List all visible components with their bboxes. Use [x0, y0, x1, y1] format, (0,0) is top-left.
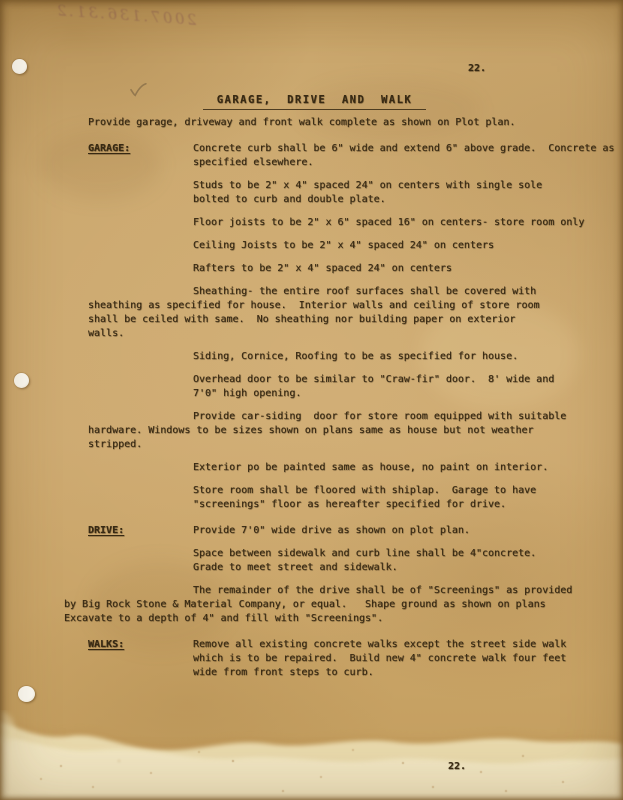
text-line: hardware. Windows to be sizes shown on p… — [88, 424, 617, 438]
scanned-spec-page: { "annotation": { "text": "2007.136.31.2… — [0, 0, 623, 800]
page-title: GARAGE, DRIVE AND WALK — [203, 93, 427, 110]
paragraph: Overhead door to be similar to "Craw-fir… — [64, 373, 617, 401]
page-number-top: 22. — [468, 62, 486, 76]
text-line: Ceiling Joists to be 2" x 4" spaced 24" … — [193, 239, 617, 253]
paragraph: The remainder of the drive shall be of "… — [64, 584, 617, 626]
paragraph: Remove all existing concrete walks excep… — [64, 638, 617, 680]
text-line: The remainder of the drive shall be of "… — [193, 584, 617, 598]
paragraph: Ceiling Joists to be 2" x 4" spaced 24" … — [64, 239, 617, 253]
text-line: wide from front steps to curb. — [193, 666, 617, 680]
section-label: GARAGE: — [88, 142, 130, 156]
spec-section: DRIVE:Provide 7'0" wide drive as shown o… — [64, 524, 617, 626]
paragraph: Concrete curb shall be 6" wide and exten… — [64, 142, 617, 170]
spec-section: WALKS:Remove all existing concrete walks… — [64, 638, 617, 680]
text-line: Exterior po be painted same as house, no… — [193, 461, 617, 475]
text-line: sheathing as specified for house. Interi… — [88, 299, 617, 313]
text-line: Store room shall be floored with shiplap… — [193, 484, 617, 498]
text-line: walls. — [88, 327, 617, 341]
spec-section: GARAGE:Concrete curb shall be 6" wide an… — [64, 142, 617, 512]
text-line: Grade to meet street and sidewalk. — [193, 561, 617, 575]
text-line: Floor joists to be 2" x 6" spaced 16" on… — [193, 216, 617, 230]
paragraph: Store room shall be floored with shiplap… — [64, 484, 617, 512]
mirrored-pencil-annotation: 2007.136.31.2 — [38, 0, 214, 30]
punch-hole — [14, 373, 29, 388]
section-label: WALKS: — [88, 638, 124, 652]
text-line: Excavate to a depth of 4" and fill with … — [64, 612, 617, 626]
page-background: 2007.136.31.2 22. GARAGE, DRIVE AND WALK… — [0, 0, 623, 800]
text-line: Remove all existing concrete walks excep… — [193, 638, 617, 652]
paragraph: Exterior po be painted same as house, no… — [64, 461, 617, 475]
punch-hole — [18, 686, 35, 702]
punch-hole — [12, 59, 27, 74]
text-line: Overhead door to be similar to "Craw-fir… — [193, 373, 617, 387]
text-line: Concrete curb shall be 6" wide and exten… — [193, 142, 617, 156]
text-line: Rafters to be 2" x 4" spaced 24" on cent… — [193, 262, 617, 276]
paragraph: Floor joists to be 2" x 6" spaced 16" on… — [64, 216, 617, 230]
text-line: shall be ceiled with same. No sheathing … — [88, 313, 617, 327]
text-line: "screenings" floor as hereafter specifie… — [193, 498, 617, 512]
paragraph: Provide car-siding door for store room e… — [64, 410, 617, 452]
paragraph: Siding, Cornice, Roofing to be as specif… — [64, 350, 617, 364]
paragraph: Space between sidewalk and curb line sha… — [64, 547, 617, 575]
paragraph: Sheathing- the entire roof surfaces shal… — [64, 285, 617, 341]
paragraph: Rafters to be 2" x 4" spaced 24" on cent… — [64, 262, 617, 276]
intro-line: Provide garage, driveway and front walk … — [88, 116, 617, 130]
text-line: Provide 7'0" wide drive as shown on plot… — [193, 524, 617, 538]
text-line: 7'0" high opening. — [193, 387, 617, 401]
text-line: specified elsewhere. — [193, 156, 617, 170]
text-line: Studs to be 2" x 4" spaced 24" on center… — [193, 179, 617, 193]
bottom-water-stain — [0, 710, 623, 800]
text-line: by Big Rock Stone & Material Company, or… — [64, 598, 617, 612]
document-body: Provide garage, driveway and front walk … — [64, 116, 617, 689]
paragraph: Studs to be 2" x 4" spaced 24" on center… — [64, 179, 617, 207]
paragraph: Provide 7'0" wide drive as shown on plot… — [64, 524, 617, 538]
foxing-specks — [0, 0, 2, 2]
text-line: Sheathing- the entire roof surfaces shal… — [193, 285, 617, 299]
text-line: Space between sidewalk and curb line sha… — [193, 547, 617, 561]
text-line: Siding, Cornice, Roofing to be as specif… — [193, 350, 617, 364]
page-number-bottom: 22. — [448, 760, 466, 774]
text-line: bolted to curb and double plate. — [193, 193, 617, 207]
text-line: which is to be repaired. Build new 4" co… — [193, 652, 617, 666]
section-label: DRIVE: — [88, 524, 124, 538]
text-line: stripped. — [88, 438, 617, 452]
text-line: Provide car-siding door for store room e… — [193, 410, 617, 424]
title-row: GARAGE, DRIVE AND WALK — [3, 88, 623, 110]
